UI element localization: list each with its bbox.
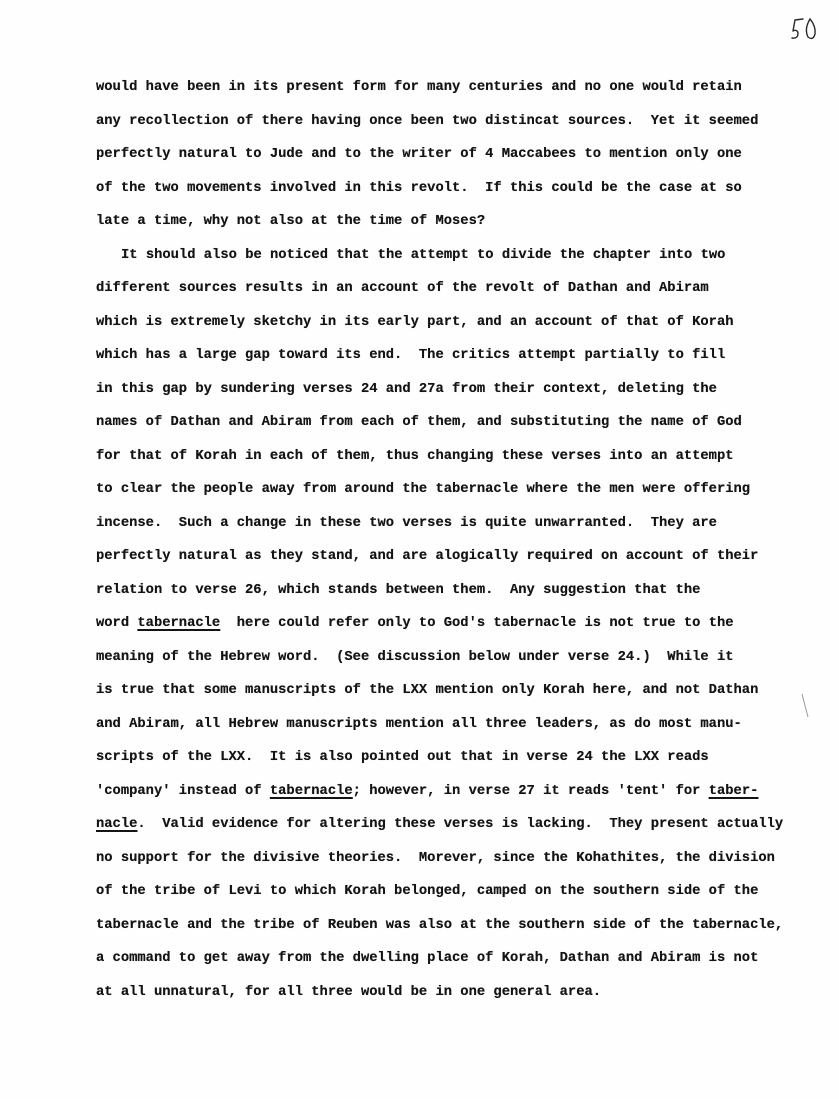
text-segment: ; however, in verse 27 it reads 'tent' f… bbox=[353, 784, 709, 799]
text-line: word tabernacle here could refer only to… bbox=[96, 607, 816, 641]
text-line: a command to get away from the dwelling … bbox=[96, 942, 816, 976]
text-line: to clear the people away from around the… bbox=[96, 473, 816, 507]
text-line: any recollection of there having once be… bbox=[96, 105, 816, 139]
text-line: of the two movements involved in this re… bbox=[96, 172, 816, 206]
text-segment: relation to verse 26, which stands betwe… bbox=[96, 583, 700, 598]
text-segment: would have been in its present form for … bbox=[96, 80, 742, 95]
text-line: which is extremely sketchy in its early … bbox=[96, 306, 816, 340]
text-segment: no support for the divisive theories. Mo… bbox=[96, 851, 775, 866]
text-segment: which is extremely sketchy in its early … bbox=[96, 315, 734, 330]
text-segment: word bbox=[96, 616, 137, 631]
text-line: incense. Such a change in these two vers… bbox=[96, 507, 816, 541]
text-line: would have been in its present form for … bbox=[96, 71, 816, 105]
text-segment: tabernacle and the tribe of Reuben was a… bbox=[96, 918, 783, 933]
handwritten-58-glyph bbox=[786, 14, 826, 44]
text-line: at all unnatural, for all three would be… bbox=[96, 976, 816, 1010]
text-segment: in this gap by sundering verses 24 and 2… bbox=[96, 382, 717, 397]
underlined-term: nacle bbox=[96, 817, 137, 832]
text-segment: incense. Such a change in these two vers… bbox=[96, 516, 717, 531]
text-line: late a time, why not also at the time of… bbox=[96, 205, 816, 239]
text-line: of the tribe of Levi to which Korah belo… bbox=[96, 875, 816, 909]
text-line: which has a large gap toward its end. Th… bbox=[96, 339, 816, 373]
text-line: nacle. Valid evidence for altering these… bbox=[96, 808, 816, 842]
text-segment: of the two movements involved in this re… bbox=[96, 181, 742, 196]
text-line: It should also be noticed that the attem… bbox=[96, 239, 816, 273]
text-segment: to clear the people away from around the… bbox=[96, 482, 750, 497]
text-segment: different sources results in an account … bbox=[96, 281, 709, 296]
text-line: in this gap by sundering verses 24 and 2… bbox=[96, 373, 816, 407]
text-segment: It should also be noticed that the attem… bbox=[121, 248, 725, 263]
text-line: 'company' instead of tabernacle; however… bbox=[96, 775, 816, 809]
document-body: would have been in its present form for … bbox=[96, 71, 816, 1009]
text-line: relation to verse 26, which stands betwe… bbox=[96, 574, 816, 608]
underlined-term: tabernacle bbox=[270, 784, 353, 799]
text-line: perfectly natural as they stand, and are… bbox=[96, 540, 816, 574]
text-segment: perfectly natural as they stand, and are… bbox=[96, 549, 758, 564]
text-segment: perfectly natural to Jude and to the wri… bbox=[96, 147, 742, 162]
text-line: scripts of the LXX. It is also pointed o… bbox=[96, 741, 816, 775]
text-line: different sources results in an account … bbox=[96, 272, 816, 306]
text-segment: is true that some manuscripts of the LXX… bbox=[96, 683, 758, 698]
text-segment: and Abiram, all Hebrew manuscripts menti… bbox=[96, 717, 742, 732]
text-segment: at all unnatural, for all three would be… bbox=[96, 985, 601, 1000]
underlined-term: taber- bbox=[709, 784, 759, 799]
text-segment: 'company' instead of bbox=[96, 784, 270, 799]
text-line: is true that some manuscripts of the LXX… bbox=[96, 674, 816, 708]
text-segment: late a time, why not also at the time of… bbox=[96, 214, 485, 229]
text-line: names of Dathan and Abiram from each of … bbox=[96, 406, 816, 440]
text-segment: meaning of the Hebrew word. (See discuss… bbox=[96, 650, 734, 665]
text-line: no support for the divisive theories. Mo… bbox=[96, 842, 816, 876]
text-segment: for that of Korah in each of them, thus … bbox=[96, 449, 734, 464]
text-segment: . Valid evidence for altering these vers… bbox=[137, 817, 783, 832]
text-line: and Abiram, all Hebrew manuscripts menti… bbox=[96, 708, 816, 742]
text-segment: a command to get away from the dwelling … bbox=[96, 951, 758, 966]
text-segment: names of Dathan and Abiram from each of … bbox=[96, 415, 742, 430]
text-line: perfectly natural to Jude and to the wri… bbox=[96, 138, 816, 172]
text-line: for that of Korah in each of them, thus … bbox=[96, 440, 816, 474]
text-segment: scripts of the LXX. It is also pointed o… bbox=[96, 750, 709, 765]
underlined-term: tabernacle bbox=[137, 616, 220, 631]
text-segment: which has a large gap toward its end. Th… bbox=[96, 348, 725, 363]
text-line: meaning of the Hebrew word. (See discuss… bbox=[96, 641, 816, 675]
text-segment: of the tribe of Levi to which Korah belo… bbox=[96, 884, 758, 899]
handwritten-page-number: 58 bbox=[786, 14, 826, 44]
text-segment: any recollection of there having once be… bbox=[96, 114, 758, 129]
text-segment: here could refer only to God's tabernacl… bbox=[220, 616, 733, 631]
text-line: tabernacle and the tribe of Reuben was a… bbox=[96, 909, 816, 943]
